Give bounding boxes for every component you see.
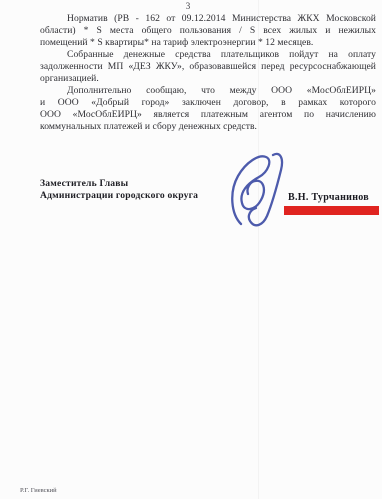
- scanned-letter-page: 3 Норматив (РВ - 162 от 09.12.2014 Минис…: [0, 0, 382, 499]
- body-text-line: организацией.: [40, 73, 376, 85]
- body-text-line: Норматив (РВ - 162 от 09.12.2014 Министе…: [40, 13, 376, 25]
- executor-name: Р.Г. Гиевский: [20, 487, 57, 494]
- signer-title: Заместитель Главы Администрации городско…: [40, 178, 198, 202]
- body-text-line: ООО «МосОблЕИРЦ» является платежным аген…: [40, 109, 376, 121]
- body-text-line: и ООО «Добрый город» заключен договор, в…: [40, 97, 376, 109]
- body-text-line: Дополнительно сообщаю, что между ООО «Мо…: [40, 85, 376, 97]
- letter-body: Норматив (РВ - 162 от 09.12.2014 Министе…: [40, 13, 376, 133]
- body-text-line: помещений * S квартиры* на тариф электро…: [40, 37, 376, 49]
- body-text-line: коммунальных платежей и сбору денежных с…: [40, 121, 376, 133]
- signer-title-line: Заместитель Главы: [40, 178, 198, 190]
- signer-title-line: Администрации городского округа: [40, 190, 198, 202]
- body-text-line: задолженности МП «ДЕЗ ЖКУ», образовавшей…: [40, 61, 376, 73]
- body-text-line: Собранные денежные средства плательщиков…: [40, 49, 376, 61]
- body-text-line: области) * S места общего пользования / …: [40, 25, 376, 37]
- red-underline-highlight: [284, 206, 379, 215]
- page-number: 3: [0, 1, 376, 11]
- signer-name: В.Н. Турчанинов: [288, 192, 369, 203]
